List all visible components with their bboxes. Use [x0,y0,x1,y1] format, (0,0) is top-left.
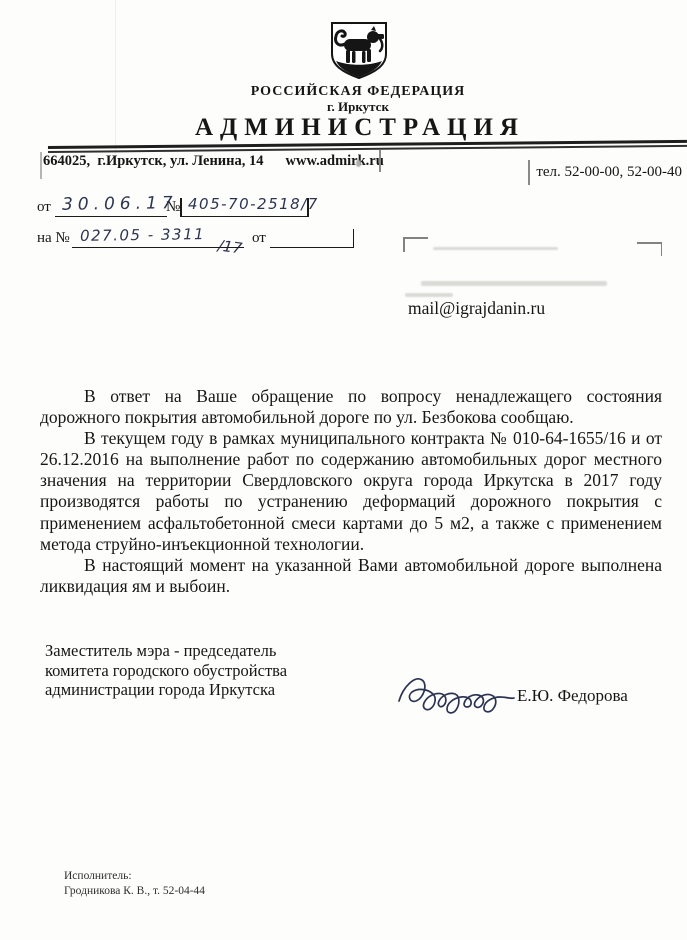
signatory-position: Заместитель мэра - председатель комитета… [45,641,287,700]
recipient-corner-bracket-left [403,237,428,239]
recipient-email: mail@igrajdanin.ru [408,298,545,319]
recipient-corner-bracket-right-side [661,242,663,256]
country-name: РОССИЙСКАЯ ФЕДЕРАЦИЯ [158,84,558,100]
ref-number-handwritten: 405-70-2518/7 [188,195,319,213]
website: www.admirk.ru [286,153,384,170]
signatory-position-line: Заместитель мэра - председатель [45,641,287,661]
ref-number-right-tick [307,198,309,217]
body-paragraph: В настоящий момент на указанной Вами авт… [40,555,662,597]
reply-from-label: от [252,230,266,247]
phone-number: тел. 52-00-00, 52-00-40 [480,164,682,181]
reply-number-underline [72,247,244,248]
ref-number-underline [180,216,308,217]
ref-from-label: от [37,199,51,216]
postal-address: 664025, г.Иркутск, ул. Ленина, 14 [43,153,264,170]
signatory-position-line: комитета городского обустройства [45,661,287,681]
ink-smudge [356,160,361,167]
recipient-corner-bracket-right [637,242,662,244]
ref-number-left-tick [180,198,182,217]
signatory-position-line: администрации города Иркутска [45,680,287,700]
signatory-name: Е.Ю. Федорова [517,686,628,706]
body-paragraph: В текущем году в рамках муниципального к… [40,428,662,555]
address-row: 664025, г.Иркутск, ул. Ленина, 14 www.ad… [43,153,384,170]
reply-date-underline [270,247,354,248]
recipient-corner-bracket-left-side [403,237,405,252]
executor-label: Исполнитель: [64,869,205,884]
reply-date-right-tick [353,229,355,248]
organization-title: АДМИНИСТРАЦИЯ [110,114,610,142]
reply-number-label: на № [37,230,70,247]
city-name: г. Иркутск [158,99,558,115]
reply-number-handwritten: 027.05 - 3311 [80,225,205,245]
redacted-smear [433,247,558,250]
redacted-smear [421,281,607,286]
address-left-tick [40,152,42,179]
body-paragraph: В ответ на Ваше обращение по вопросу нен… [40,386,662,428]
ref-number-label: № [166,199,180,216]
ref-date-handwritten: 30.06.17 [62,193,178,215]
letter-body: В ответ на Ваше обращение по вопросу нен… [40,386,662,597]
executor-name: Гродникова К. В., т. 52-04-44 [64,884,205,899]
scanned-letter-page: РОССИЙСКАЯ ФЕДЕРАЦИЯ г. Иркутск АДМИНИСТ… [0,0,687,940]
redacted-smear [405,293,453,297]
signature-autograph [393,663,518,715]
ref-date-underline [55,216,167,217]
coat-of-arms-icon [327,20,391,82]
address-divider-line [379,150,381,172]
executor-block: Исполнитель: Гродникова К. В., т. 52-04-… [64,869,205,898]
